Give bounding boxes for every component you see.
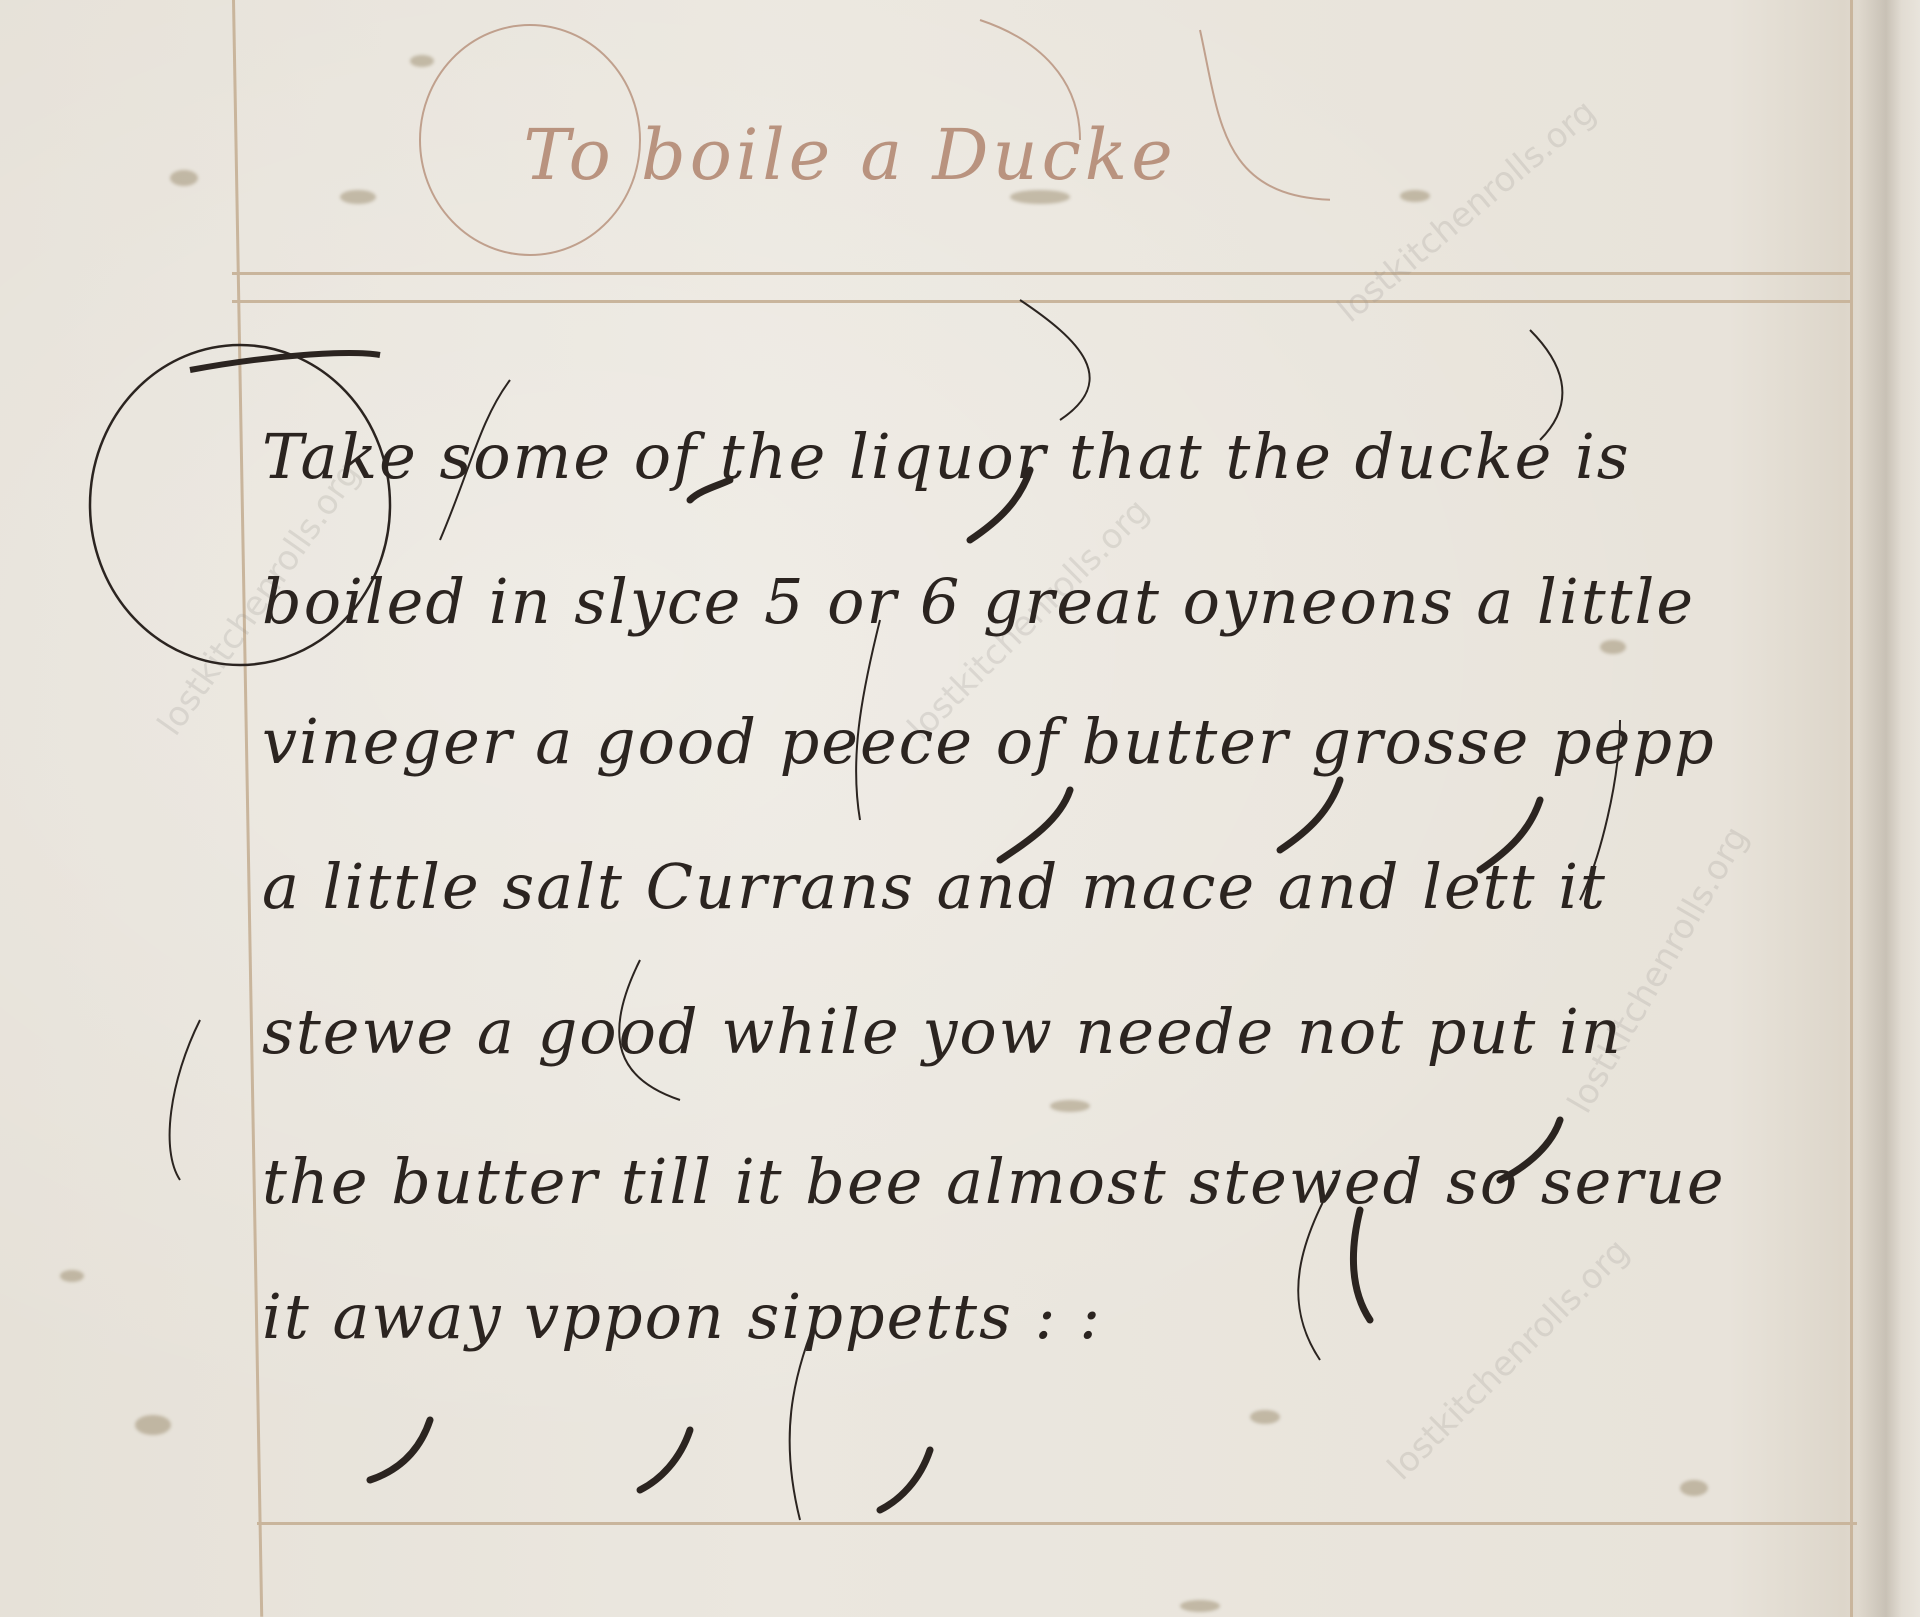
ink-stain bbox=[170, 170, 198, 186]
ink-stain bbox=[1180, 1600, 1220, 1612]
ink-stain bbox=[135, 1415, 171, 1435]
ink-stain bbox=[1050, 1100, 1090, 1112]
ink-stain bbox=[1600, 640, 1626, 654]
recipe-line-5: stewe a good while yow neede not put in bbox=[262, 995, 1623, 1068]
recipe-line-7: it away vppon sippetts : : bbox=[262, 1280, 1102, 1353]
recipe-line-6: the butter till it bee almost stewed so … bbox=[262, 1145, 1726, 1218]
ink-stain bbox=[1400, 190, 1430, 202]
watermark: lostkitchenrolls.org bbox=[1380, 1231, 1637, 1488]
ink-stain bbox=[340, 190, 376, 204]
bottom-rule bbox=[257, 1522, 1857, 1525]
left-margin-rule bbox=[232, 0, 263, 1617]
binding-shadow bbox=[1858, 0, 1920, 1617]
recipe-line-1: Take some of the liquor that the ducke i… bbox=[262, 420, 1631, 493]
manuscript-page: lostkitchenrolls.org lostkitchenrolls.or… bbox=[0, 0, 1920, 1617]
ink-stain bbox=[60, 1270, 84, 1282]
recipe-line-4: a little salt Currans and mace and lett … bbox=[262, 850, 1607, 923]
watermark: lostkitchenrolls.org bbox=[1330, 92, 1604, 331]
title-rule-upper bbox=[232, 272, 1852, 275]
ink-stain bbox=[410, 55, 434, 67]
right-margin-rule bbox=[1850, 0, 1853, 1617]
ink-stain bbox=[1250, 1410, 1280, 1424]
recipe-line-3: vineger a good peece of butter grosse pe… bbox=[262, 705, 1716, 778]
title-rule-lower bbox=[232, 300, 1852, 303]
script-flourishes bbox=[0, 0, 1920, 1617]
recipe-line-2: boiled in slyce 5 or 6 great oyneons a l… bbox=[262, 565, 1695, 638]
ink-stain bbox=[1680, 1480, 1708, 1496]
recipe-title: To boile a Ducke bbox=[400, 70, 1300, 240]
